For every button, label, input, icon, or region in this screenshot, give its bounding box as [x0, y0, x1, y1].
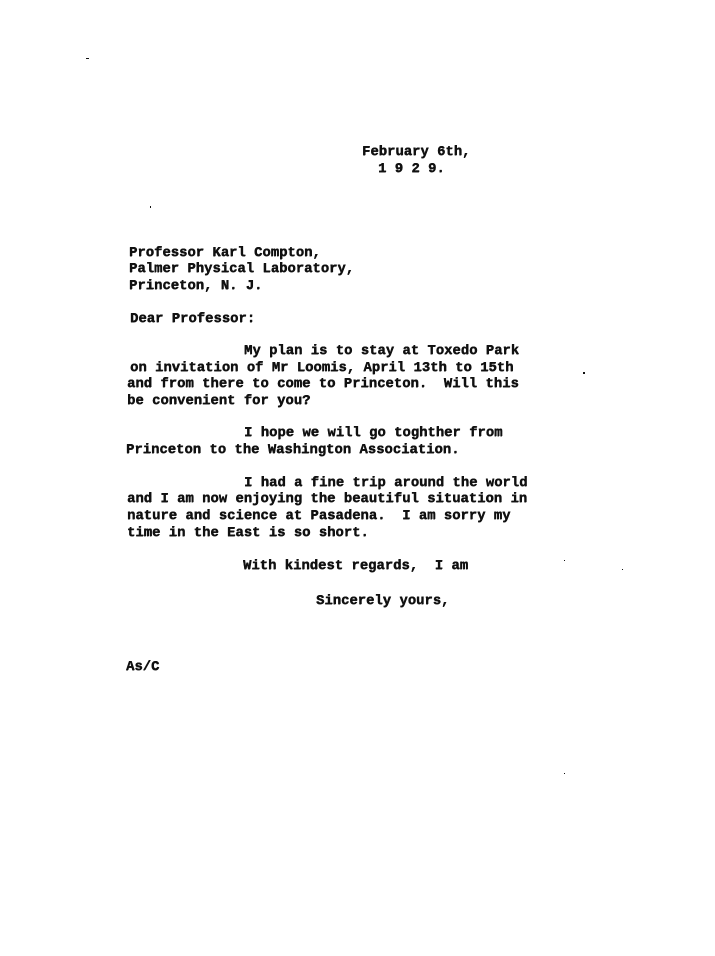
- paragraph-3-line-4: time in the East is so short.: [127, 527, 369, 541]
- recipient-name: Professor Karl Compton,: [129, 247, 321, 261]
- paragraph-1-line-3: and from there to come to Princeton. Wil…: [127, 378, 519, 392]
- scan-speck: [564, 773, 565, 774]
- salutation: Dear Professor:: [130, 313, 255, 327]
- letter-year: 1 9 2 9.: [378, 163, 445, 177]
- scan-speck: [622, 569, 623, 570]
- paragraph-3-line-1: I had a fine trip around the world: [244, 477, 527, 491]
- scan-speck: [583, 372, 585, 374]
- scan-speck: [564, 560, 565, 561]
- paragraph-1-line-4: be convenient for you?: [127, 395, 310, 409]
- recipient-city: Princeton, N. J.: [129, 280, 262, 294]
- paragraph-2-line-1: I hope we will go toghther from: [244, 427, 502, 441]
- paragraph-1-line-2: on invitation of Mr Loomis, April 13th t…: [130, 362, 513, 376]
- paragraph-3-line-2: and I am now enjoying the beautiful situ…: [127, 493, 527, 507]
- paragraph-2-line-2: Princeton to the Washington Association.: [126, 444, 459, 458]
- paragraph-3-line-3: nature and science at Pasadena. I am sor…: [127, 510, 510, 524]
- letter-date: February 6th,: [362, 146, 470, 160]
- closing-phrase: With kindest regards, I am: [243, 560, 468, 574]
- recipient-institution: Palmer Physical Laboratory,: [129, 263, 354, 277]
- reference-initials: As/C: [126, 661, 159, 675]
- sign-off: Sincerely yours,: [316, 595, 449, 609]
- scan-speck: [150, 206, 151, 208]
- letter-page: February 6th, 1 9 2 9. Professor Karl Co…: [0, 0, 715, 956]
- scan-speck: [86, 58, 89, 59]
- paragraph-1-line-1: My plan is to stay at Toxedo Park: [244, 345, 519, 359]
